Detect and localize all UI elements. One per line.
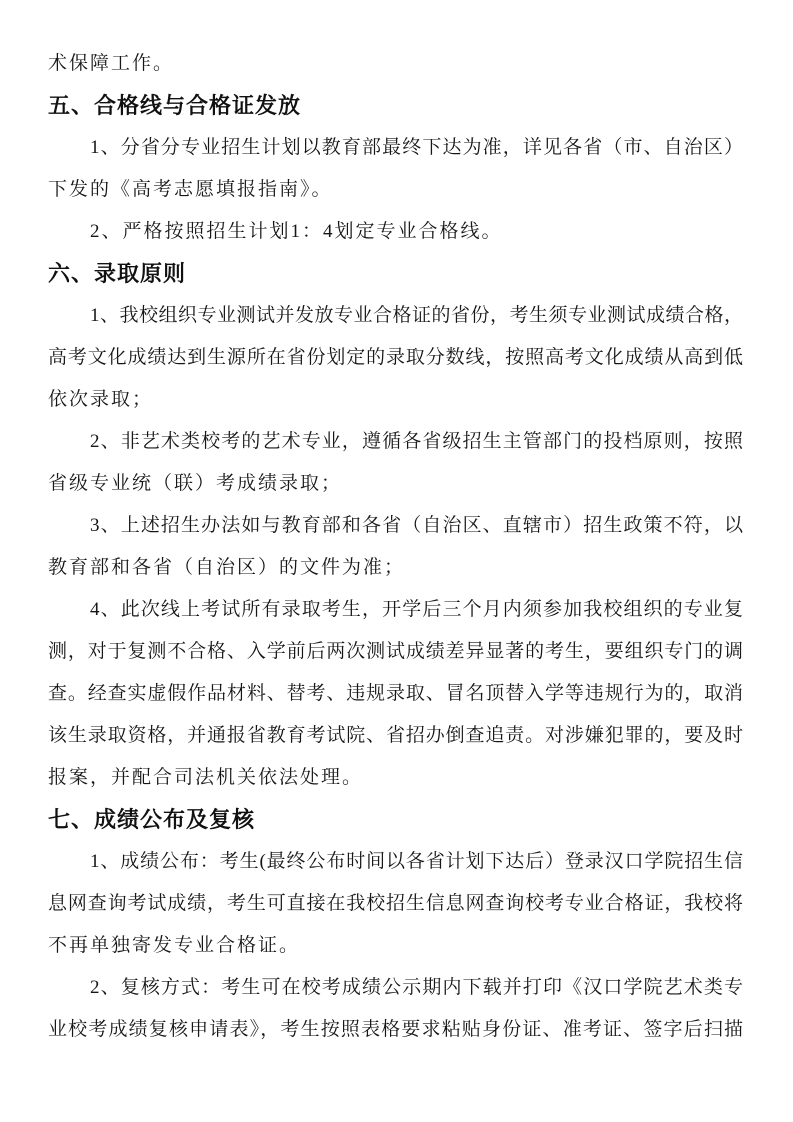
text-line: 不再单独寄发专业合格证。 <box>48 925 743 967</box>
section-section-6: 六、录取原则1、我校组织专业测试并发放专业合格证的省份，考生须专业测试成绩合格，… <box>48 253 743 799</box>
text-line: 2、复核方式：考生可在校考成绩公示期内下载并打印《汉口学院艺术类专 <box>48 967 743 1009</box>
text-line: 4、此次线上考试所有录取考生，开学后三个月内须参加我校组织的专业复 <box>48 589 743 631</box>
text-line: 1、分省分专业招生计划以教育部最终下达为准，详见各省（市、自治区） <box>48 127 743 169</box>
text-line: 该生录取资格，并通报省教育考试院、省招办倒查追责。对涉嫌犯罪的，要及时 <box>48 715 743 757</box>
text-line: 1、成绩公布：考生(最终公布时间以各省计划下达后）登录汉口学院招生信 <box>48 841 743 883</box>
text-line: 业校考成绩复核申请表》，考生按照表格要求粘贴身份证、准考证、签字后扫描 <box>48 1009 743 1051</box>
document-page: 术保障工作。五、合格线与合格证发放1、分省分专业招生计划以教育部最终下达为准，详… <box>0 0 793 1122</box>
paragraph: 1、我校组织专业测试并发放专业合格证的省份，考生须专业测试成绩合格，高考文化成绩… <box>48 295 743 421</box>
text-line: 查。经查实虚假作品材料、替考、违规录取、冒名顶替入学等违规行为的，取消 <box>48 673 743 715</box>
paragraph: 4、此次线上考试所有录取考生，开学后三个月内须参加我校组织的专业复测，对于复测不… <box>48 589 743 799</box>
section-section-7: 七、成绩公布及复核1、成绩公布：考生(最终公布时间以各省计划下达后）登录汉口学院… <box>48 799 743 1051</box>
text-line: 术保障工作。 <box>48 43 743 85</box>
document-content: 术保障工作。五、合格线与合格证发放1、分省分专业招生计划以教育部最终下达为准，详… <box>48 43 743 1051</box>
text-line: 依次录取； <box>48 379 743 421</box>
paragraph: 1、分省分专业招生计划以教育部最终下达为准，详见各省（市、自治区）下发的《高考志… <box>48 127 743 211</box>
section-previous-paragraph-continuation: 术保障工作。 <box>48 43 743 85</box>
section-heading: 五、合格线与合格证发放 <box>48 85 743 127</box>
paragraph: 2、严格按照招生计划1：4划定专业合格线。 <box>48 211 743 253</box>
text-line: 报案，并配合司法机关依法处理。 <box>48 757 743 799</box>
text-line: 2、严格按照招生计划1：4划定专业合格线。 <box>48 211 743 253</box>
paragraph: 3、上述招生办法如与教育部和各省（自治区、直辖市）招生政策不符，以教育部和各省（… <box>48 505 743 589</box>
paragraph: 1、成绩公布：考生(最终公布时间以各省计划下达后）登录汉口学院招生信息网查询考试… <box>48 841 743 967</box>
text-line: 下发的《高考志愿填报指南》。 <box>48 169 743 211</box>
section-heading: 六、录取原则 <box>48 253 743 295</box>
paragraph: 2、复核方式：考生可在校考成绩公示期内下载并打印《汉口学院艺术类专业校考成绩复核… <box>48 967 743 1051</box>
text-line: 3、上述招生办法如与教育部和各省（自治区、直辖市）招生政策不符，以 <box>48 505 743 547</box>
text-line: 测，对于复测不合格、入学前后两次测试成绩差异显著的考生，要组织专门的调 <box>48 631 743 673</box>
paragraph: 术保障工作。 <box>48 43 743 85</box>
text-line: 省级专业统（联）考成绩录取； <box>48 463 743 505</box>
paragraph: 2、非艺术类校考的艺术专业，遵循各省级招生主管部门的投档原则，按照省级专业统（联… <box>48 421 743 505</box>
text-line: 2、非艺术类校考的艺术专业，遵循各省级招生主管部门的投档原则，按照 <box>48 421 743 463</box>
section-heading: 七、成绩公布及复核 <box>48 799 743 841</box>
text-line: 1、我校组织专业测试并发放专业合格证的省份，考生须专业测试成绩合格， <box>48 295 743 337</box>
text-line: 高考文化成绩达到生源所在省份划定的录取分数线，按照高考文化成绩从高到低 <box>48 337 743 379</box>
section-section-5: 五、合格线与合格证发放1、分省分专业招生计划以教育部最终下达为准，详见各省（市、… <box>48 85 743 253</box>
text-line: 教育部和各省（自治区）的文件为准； <box>48 547 743 589</box>
text-line: 息网查询考试成绩，考生可直接在我校招生信息网查询校考专业合格证，我校将 <box>48 883 743 925</box>
